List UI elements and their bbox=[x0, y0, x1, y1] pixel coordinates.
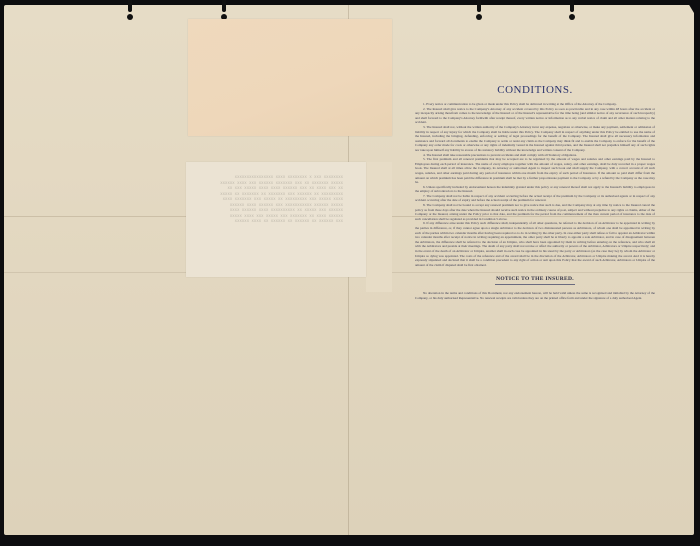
conditions-heading: CONDITIONS. bbox=[415, 84, 655, 96]
notice-underline bbox=[495, 284, 575, 285]
condition-clause: 6. Unless specifically included by endor… bbox=[415, 185, 655, 194]
binding-hole-icon bbox=[127, 0, 133, 22]
notice-text: No alteration in the terms and condition… bbox=[415, 291, 655, 300]
condition-clause: 3. The Insured shall not, without the wr… bbox=[415, 125, 655, 153]
condition-clause: 2. The Insured shall give notice to the … bbox=[415, 107, 655, 125]
attached-slip-tan bbox=[188, 19, 392, 136]
attached-slip-edge bbox=[366, 162, 392, 292]
condition-clause: 7. The Company shall not be liable in re… bbox=[415, 194, 655, 203]
conditions-section: CONDITIONS. 1. Every notice or communica… bbox=[415, 84, 655, 301]
condition-clause: 9. If any difference arise under this Po… bbox=[415, 221, 655, 267]
binding-hole-icon bbox=[569, 0, 575, 22]
condition-clause: 8. The Company shall not be bound to acc… bbox=[415, 203, 655, 221]
notice-heading: NOTICE TO THE INSURED. bbox=[415, 276, 655, 282]
reverse-ghost-text: xxxxxxxx xxx x xxxxxxxx xxxx xxxxxxxxxxx… bbox=[198, 174, 343, 224]
binding-hole-icon bbox=[476, 0, 482, 22]
condition-clause: 5. The first premium and all renewal pre… bbox=[415, 157, 655, 185]
attached-slip-white: xxxxxxxx xxx x xxxxxxxx xxxx xxxxxxxxxxx… bbox=[186, 162, 366, 277]
